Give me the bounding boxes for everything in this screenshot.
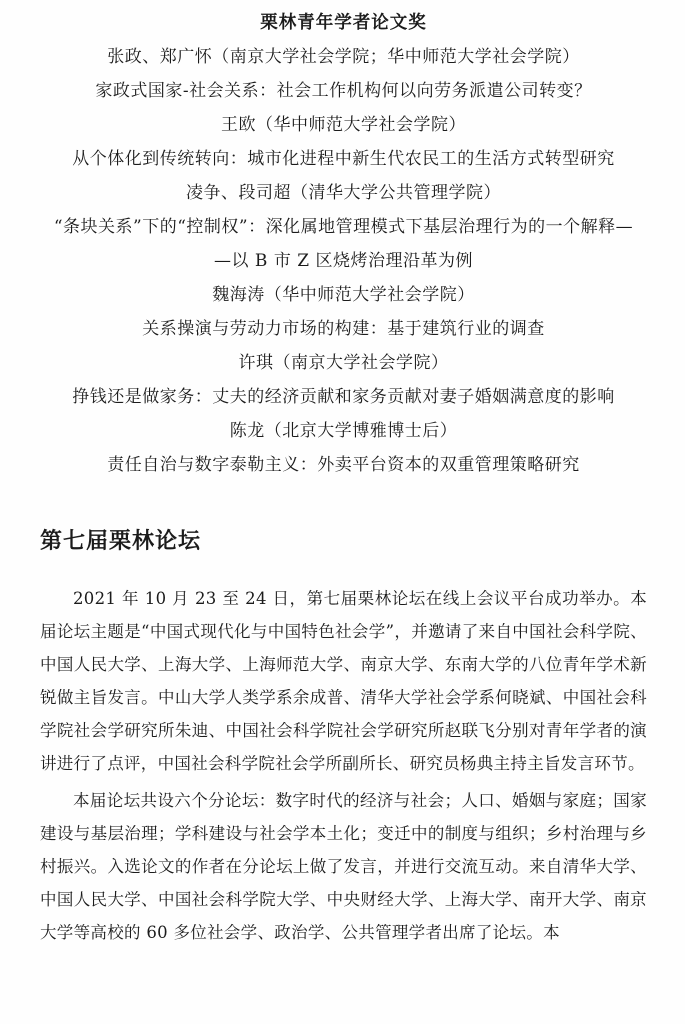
- award-authors: 张政、郑广怀（南京大学社会学院；华中师范大学社会学院）: [40, 40, 647, 74]
- award-entry: 陈龙（北京大学博雅博士后） 责任自治与数字泰勒主义：外卖平台资本的双重管理策略研…: [40, 414, 647, 482]
- award-authors: 凌争、段司超（清华大学公共管理学院）: [40, 176, 647, 210]
- award-entry: 许琪（南京大学社会学院） 挣钱还是做家务：丈夫的经济贡献和家务贡献对妻子婚姻满意…: [40, 346, 647, 414]
- award-entry: 凌争、段司超（清华大学公共管理学院） “条块关系”下的“控制权”：深化属地管理模…: [40, 176, 647, 278]
- award-authors: 许琪（南京大学社会学院）: [40, 346, 647, 380]
- award-section: 栗林青年学者论文奖 张政、郑广怀（南京大学社会学院；华中师范大学社会学院） 家政…: [40, 6, 647, 482]
- award-authors: 魏海涛（华中师范大学社会学院）: [40, 278, 647, 312]
- document-page: 栗林青年学者论文奖 张政、郑广怀（南京大学社会学院；华中师范大学社会学院） 家政…: [0, 0, 685, 1024]
- award-entry: 张政、郑广怀（南京大学社会学院；华中师范大学社会学院） 家政式国家-社会关系：社…: [40, 40, 647, 108]
- award-paper-title: 家政式国家-社会关系：社会工作机构何以向劳务派遣公司转变？: [40, 74, 647, 108]
- award-paper-title: 从个体化到传统转向：城市化进程中新生代农民工的生活方式转型研究: [40, 142, 647, 176]
- forum-paragraph-2: 本届论坛共设六个分论坛：数字时代的经济与社会；人口、婚姻与家庭；国家建设与基层治…: [40, 784, 647, 949]
- forum-section: 第七届栗林论坛 2021 年 10 月 23 至 24 日，第七届栗林论坛在线上…: [40, 526, 647, 949]
- award-paper-title: 责任自治与数字泰勒主义：外卖平台资本的双重管理策略研究: [40, 448, 647, 482]
- award-authors: 陈龙（北京大学博雅博士后）: [40, 414, 647, 448]
- award-paper-title: “条块关系”下的“控制权”：深化属地管理模式下基层治理行为的一个解释—: [40, 210, 647, 244]
- award-entry: 王欧（华中师范大学社会学院） 从个体化到传统转向：城市化进程中新生代农民工的生活…: [40, 108, 647, 176]
- award-entry: 魏海涛（华中师范大学社会学院） 关系操演与劳动力市场的构建：基于建筑行业的调查: [40, 278, 647, 346]
- award-paper-title: 关系操演与劳动力市场的构建：基于建筑行业的调查: [40, 312, 647, 346]
- award-authors: 王欧（华中师范大学社会学院）: [40, 108, 647, 142]
- award-paper-title: 挣钱还是做家务：丈夫的经济贡献和家务贡献对妻子婚姻满意度的影响: [40, 380, 647, 414]
- forum-heading: 第七届栗林论坛: [40, 526, 647, 556]
- award-section-title: 栗林青年学者论文奖: [40, 6, 647, 40]
- award-paper-title-continued: —以 B 市 Z 区烧烤治理沿革为例: [40, 244, 647, 278]
- forum-paragraph-1: 2021 年 10 月 23 至 24 日，第七届栗林论坛在线上会议平台成功举办…: [40, 582, 647, 780]
